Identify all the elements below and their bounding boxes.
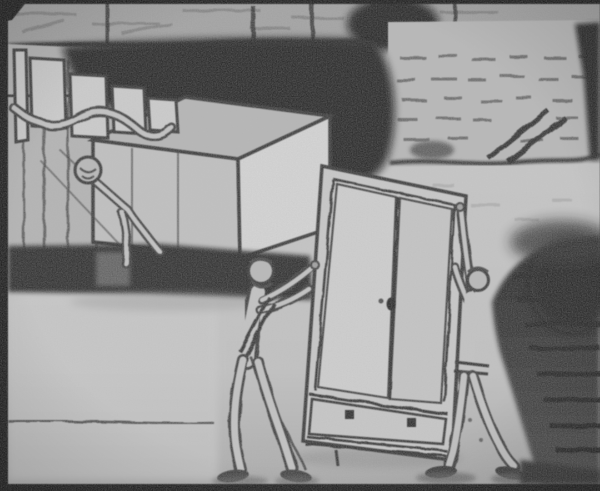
- mover-right-torso-light: [467, 298, 471, 372]
- letterbox-top: [0, 0, 600, 4]
- letterbox-left: [0, 0, 8, 491]
- wardrobe-door-right: [390, 198, 452, 403]
- brick-dark-patch: [410, 141, 454, 159]
- wardrobe-key-dot: [379, 299, 384, 304]
- mover-left-hand: [311, 261, 319, 269]
- crate-floor-shadow: [70, 293, 270, 311]
- shadow-right-feet-1: [416, 472, 476, 484]
- drawer-knob-right: [407, 418, 416, 427]
- mover-right-hand: [456, 203, 464, 211]
- mover-right-head: [468, 270, 489, 291]
- wardrobe-base-mark: [336, 450, 338, 466]
- floor-light-patch: [8, 295, 218, 480]
- letterbox-bottom: [0, 484, 600, 491]
- animation-still: Black-and-white hand-drawn animation sti…: [0, 0, 600, 491]
- mover-right-pant-spot-1: [468, 418, 472, 422]
- video-frame: Black-and-white hand-drawn animation sti…: [0, 0, 600, 491]
- wardrobe-keyhole: [387, 298, 396, 311]
- wardrobe: [293, 166, 466, 468]
- slab-plank: [14, 50, 28, 142]
- drawer-knob-left: [345, 410, 354, 419]
- slab-2: [70, 74, 108, 138]
- mover-right-pant-spot-2: [479, 438, 483, 442]
